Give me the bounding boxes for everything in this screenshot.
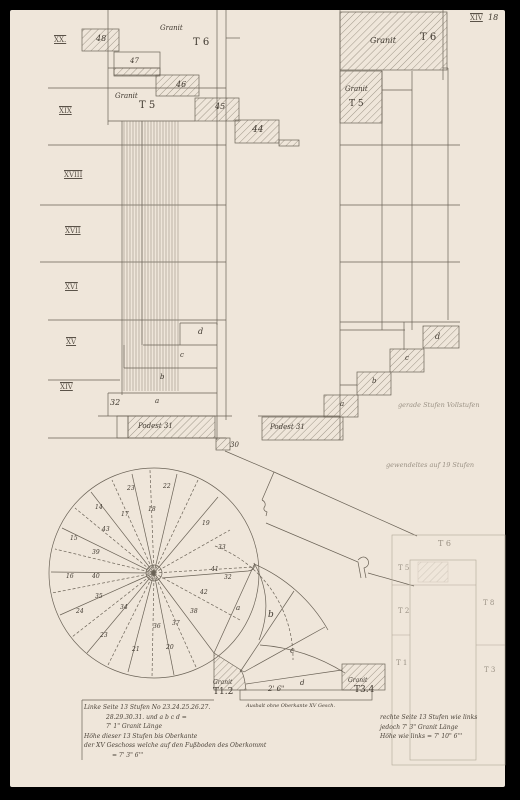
note-line: Höhe wie links = 7' 10" 6''' [380,732,477,742]
step-number: 32 [110,399,120,407]
drawing-linework [0,0,520,800]
spiral-step-number: 33 [218,545,226,551]
spiral-step-number: 32 [224,575,232,581]
granite-material-label: Granit [345,86,368,93]
side-note: gerade Stufen Vollstufen [398,401,480,411]
landing-label: Podest 31 [270,424,305,431]
dimension-label: 2' 6" [268,686,284,693]
granite-tag: T3.4 [354,686,374,695]
step-number: 30 [230,442,239,449]
spiral-step-number: 38 [190,609,198,615]
step-number: 47 [130,58,139,65]
step-letter: a [155,398,159,405]
plan-tag: T 3 [484,667,495,674]
note-line: = 7' 3" 6''' [84,751,266,761]
spiral-step-number: 23 [127,486,135,492]
floor-label-xx: XX. [54,37,66,44]
straight-step-letter: a [236,605,240,612]
spiral-step-number: 16 [66,574,74,580]
right-notes-block: rechte Seite 13 Stufen wie links jedoch … [380,713,477,742]
note-line: 7' 1" Granit Länge [84,722,266,732]
granite-material-label: Granit [115,93,138,100]
spiral-step-number: 15 [70,536,78,542]
granite-material-label: Granit [160,25,183,32]
straight-step-letter: d [300,680,304,687]
granite-tag: T 6 [420,33,436,43]
straight-step-letter: b [268,611,274,620]
straight-step-letter: c [290,647,294,655]
spiral-step-number: 37 [172,621,180,627]
granite-material-label: Granit [348,678,367,684]
granite-tag: T 6 [193,38,209,48]
granite-tag: T 5 [139,101,155,111]
spiral-step-number: 20 [166,645,174,651]
note-line: Höhe dieser 13 Stufen bis Oberkante [84,732,266,742]
spiral-step-number: 43 [102,527,110,533]
step-letter: d [435,333,440,341]
spiral-step-number: 36 [153,624,161,630]
plate-number: XIV [470,15,483,22]
spiral-step-number: 24 [76,609,84,615]
note-line: jedoch 7' 3" Granit Länge [380,723,477,733]
step-letter: d [198,328,203,336]
spiral-step-number: 18 [148,507,156,513]
step-letter: b [160,374,164,381]
floor-label-xiv: XIV [60,384,73,391]
spiral-step-number: 22 [163,484,171,490]
page-number: 18 [488,14,498,22]
spiral-step-number: 39 [92,550,100,556]
step-number: 46 [176,81,186,89]
note-line: Linke Seite 13 Stufen No 23.24.25.26.27. [84,703,266,713]
step-letter: c [180,352,184,359]
spiral-step-number: 41 [211,567,219,573]
spiral-step-number: 19 [202,521,210,527]
step-number: 45 [215,103,225,111]
spiral-step-number: 14 [95,505,103,511]
floor-label-xviii: XVIII [64,172,82,179]
floor-label-xvii: XVII [65,228,81,235]
spiral-step-number: 35 [95,594,103,600]
granite-tag: T1.2 [213,688,233,697]
step-letter: b [372,378,376,385]
floor-label-xv: XV [66,339,76,346]
spiral-step-number: 40 [92,574,100,580]
landing-label: Podest 31 [138,423,173,430]
plan-tag: T 2 [398,608,409,615]
left-notes-block: Linke Seite 13 Stufen No 23.24.25.26.27.… [84,703,266,760]
step-number: 48 [96,35,106,43]
floor-label-xvi: XVI [65,284,78,291]
spiral-step-number: 23 [100,633,108,639]
step-number: 44 [252,126,263,135]
step-letter: c [405,355,409,362]
plan-tag: T 8 [483,600,494,607]
note-line: 28.29.30.31. und a b c d = [84,713,266,723]
spiral-step-number: 34 [120,605,128,611]
plan-tag: T 5 [398,565,409,572]
spiral-step-number: 17 [121,512,129,518]
floor-label-xix: XIX [59,108,72,115]
plan-tag: T 6 [438,540,451,548]
spiral-step-number: 21 [132,647,140,653]
granite-material-label: Granit [370,37,396,45]
step-letter: a [340,401,344,408]
note-line: rechte Seite 13 Stufen wie links [380,713,477,723]
plan-tag: T 1 [396,660,407,667]
scale-note: gewendeltes auf 19 Stufen [386,461,474,471]
spiral-step-number: 42 [200,590,208,596]
granite-tag: T 5 [349,100,364,109]
note-line: der XV Geschoss welche auf den Fußboden … [84,741,266,751]
granite-material-label: Granit [213,680,232,686]
